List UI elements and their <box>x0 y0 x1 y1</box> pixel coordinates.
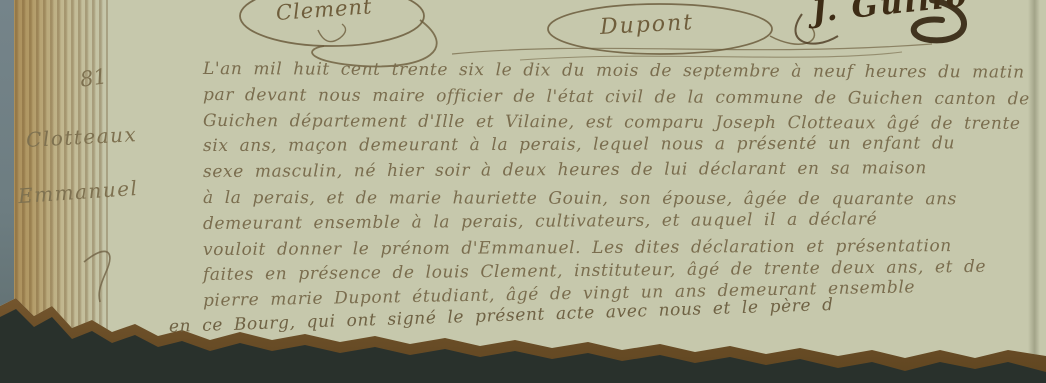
act-line: L'an mil huit cent trente six le dix du … <box>203 57 1043 86</box>
act-body-text: L'an mil huit cent trente six le dix du … <box>203 57 1043 341</box>
dupont-paraph <box>770 28 814 44</box>
act-line: demeurant ensemble à la perais, cultivat… <box>203 206 1043 238</box>
margin-paraph <box>84 251 110 302</box>
signature-dupont: Dupont <box>599 10 694 40</box>
clement-paraph <box>318 24 346 42</box>
act-line: sexe masculin, né hier soir à deux heure… <box>203 156 1043 186</box>
register-page-scan: Clement Dupont J. Guillo 81 Clotteaux Em… <box>0 0 1046 383</box>
margin-record-number: 81 <box>78 64 108 91</box>
